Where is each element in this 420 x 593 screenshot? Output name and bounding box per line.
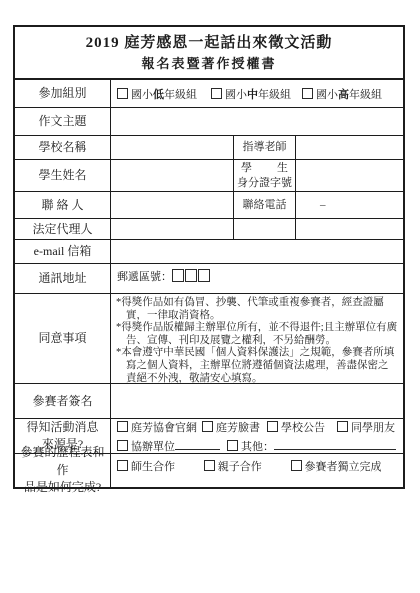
source-option-friends: 同學朋友 (337, 419, 395, 435)
participation-group-label: 參加組別 (15, 80, 111, 107)
checkbox-high-grade[interactable] (302, 88, 313, 99)
completion-option-teacher: 師生合作 (117, 461, 175, 473)
row-mailing-address: 通訊地址 郵遞區號： (15, 264, 403, 294)
contact-phone-input-cell[interactable]: – (296, 192, 403, 218)
completion-method-label: 參賽的歷程表和作 品是如何完成? (15, 454, 111, 487)
form-subtitle: 報名表暨著作授權書 (141, 55, 276, 73)
email-label: e-mail 信箱 (15, 240, 111, 263)
source-option-other: 其他： (227, 437, 396, 454)
group-option-low: 國小低年級組 (117, 86, 197, 102)
checkbox-teacher-student[interactable] (117, 460, 128, 471)
completion-option-parent: 親子合作 (204, 461, 262, 473)
phone-dash: – (302, 199, 326, 211)
checkbox-other[interactable] (227, 440, 238, 451)
student-id-input-cell[interactable] (296, 160, 403, 191)
checkbox-coorganizer[interactable] (117, 440, 128, 451)
mailing-address-label: 通訊地址 (15, 264, 111, 293)
form-sheet: 2019 庭芳感恩一起話出來徵文活動 報名表暨著作授權書 參加組別 國小低年級組… (0, 0, 420, 593)
contact-person-label: 聯 絡 人 (15, 192, 111, 218)
other-blank-line[interactable] (274, 437, 396, 450)
checkbox-assoc-website[interactable] (117, 421, 128, 432)
signature-input-cell[interactable] (111, 384, 403, 418)
source-option-school-notice: 學校公告 (267, 419, 325, 435)
guardian-value-cell[interactable] (296, 219, 403, 239)
consent-terms-content: *得獎作品如有偽冒、抄襲、代筆或重複參賽者，經查證屬實，一律取消資格。 *得獎作… (111, 294, 403, 383)
zip-box-1[interactable] (172, 269, 184, 282)
checkbox-facebook[interactable] (202, 421, 213, 432)
group-option-mid: 國小中年級組 (211, 86, 291, 102)
completion-method-options: 師生合作 親子合作 參賽者獨立完成 (111, 454, 403, 487)
source-option-coorganizer: 協辦單位 (117, 437, 220, 454)
row-consent-terms: 同意事項 *得獎作品如有偽冒、抄襲、代筆或重複參賽者，經查證屬實，一律取消資格。… (15, 294, 403, 384)
advisor-input-cell[interactable] (296, 136, 403, 159)
row-essay-topic: 作文主題 (15, 108, 403, 136)
row-student-name: 學生姓名 學生 身分證字號 (15, 160, 403, 192)
source-option-facebook: 庭芳臉書 (202, 419, 260, 435)
contact-phone-label: 聯絡電話 (234, 192, 296, 218)
advisor-label: 指導老師 (234, 136, 296, 159)
row-participant-signature: 參賽者簽名 (15, 384, 403, 419)
row-completion-method: 參賽的歷程表和作 品是如何完成? 師生合作 親子合作 參賽者獨立完成 (15, 454, 403, 487)
essay-topic-input-cell[interactable] (111, 108, 403, 135)
zip-box-3[interactable] (198, 269, 210, 282)
row-contact-person: 聯 絡 人 聯絡電話 – (15, 192, 403, 219)
student-name-label: 學生姓名 (15, 160, 111, 191)
school-name-input-cell[interactable] (111, 136, 234, 159)
zip-box-2[interactable] (185, 269, 197, 282)
consent-item-1: *得獎作品如有偽冒、抄襲、代筆或重複參賽者，經查證屬實，一律取消資格。 (116, 297, 398, 322)
group-option-high: 國小高年級組 (302, 86, 382, 102)
consent-item-2: *得獎作品版權歸主辦單位所有，並不得退件;且主辦單位有廣告、宣傳、刊印及展覽之權… (116, 322, 398, 347)
school-name-label: 學校名稱 (15, 136, 111, 159)
completion-option-independent: 參賽者獨立完成 (291, 461, 382, 473)
source-option-website: 庭芳協會官網 (117, 419, 197, 435)
essay-topic-label: 作文主題 (15, 108, 111, 135)
registration-form-table: 2019 庭芳感恩一起話出來徵文活動 報名表暨著作授權書 參加組別 國小低年級組… (13, 25, 405, 489)
form-title: 2019 庭芳感恩一起話出來徵文活動 (86, 32, 333, 55)
checkbox-school-notice[interactable] (267, 421, 278, 432)
email-input-cell[interactable] (111, 240, 403, 263)
legal-guardian-input-cell[interactable] (111, 219, 234, 239)
row-school-name: 學校名稱 指導老師 (15, 136, 403, 160)
info-source-options: 庭芳協會官網 庭芳臉書 學校公告 同學朋友 協辦單位 其他： (111, 419, 403, 453)
legal-guardian-label: 法定代理人 (15, 219, 111, 239)
student-id-label: 學生 身分證字號 (234, 160, 296, 191)
checkbox-mid-grade[interactable] (211, 88, 222, 99)
participation-group-options: 國小低年級組 國小中年級組 國小高年級組 (111, 80, 403, 107)
row-email: e-mail 信箱 (15, 240, 403, 264)
mailing-address-input-cell[interactable]: 郵遞區號： (111, 264, 403, 293)
participant-signature-label: 參賽者簽名 (15, 384, 111, 418)
checkbox-independent[interactable] (291, 460, 302, 471)
row-legal-guardian: 法定代理人 (15, 219, 403, 240)
checkbox-low-grade[interactable] (117, 88, 128, 99)
contact-person-input-cell[interactable] (111, 192, 234, 218)
consent-terms-label: 同意事項 (15, 294, 111, 383)
consent-item-3: *本會遵守中華民國「個人資料保護法」之規範，參賽者所填寫之個人資料，主辦單位將遵… (116, 347, 398, 385)
checkbox-parent-child[interactable] (204, 460, 215, 471)
form-title-block: 2019 庭芳感恩一起話出來徵文活動 報名表暨著作授權書 (15, 27, 403, 80)
coorganizer-blank-line[interactable] (175, 437, 220, 450)
checkbox-friends[interactable] (337, 421, 348, 432)
guardian-mid-cell[interactable] (234, 219, 296, 239)
zip-code-label: 郵遞區號： (117, 271, 172, 283)
row-participation-group: 參加組別 國小低年級組 國小中年級組 國小高年級組 (15, 80, 403, 108)
student-name-input-cell[interactable] (111, 160, 234, 191)
